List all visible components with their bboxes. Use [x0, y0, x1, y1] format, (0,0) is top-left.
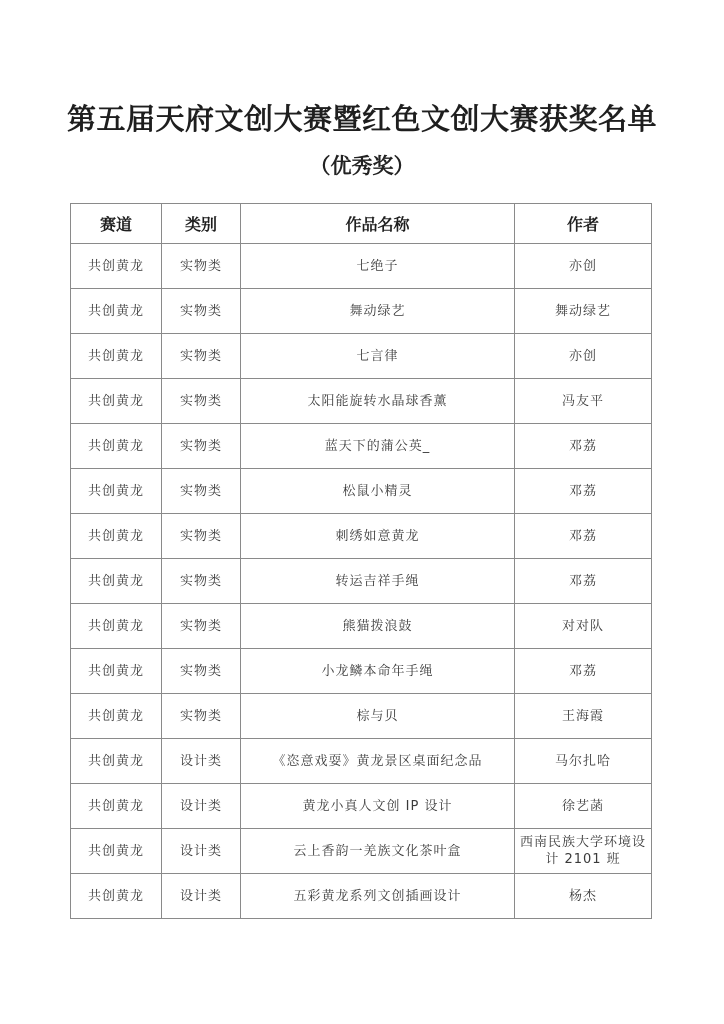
table-row: 共创黄龙 实物类 熊猫拨浪鼓 对对队 — [71, 604, 652, 649]
cell-author: 冯友平 — [515, 379, 652, 424]
page-title: 第五届天府文创大赛暨红色文创大赛获奖名单 — [0, 97, 724, 138]
cell-author: 马尔扎哈 — [515, 739, 652, 784]
cell-work-name: 松鼠小精灵 — [241, 469, 515, 514]
cell-author: 徐艺菡 — [515, 784, 652, 829]
table-row: 共创黄龙 设计类 五彩黄龙系列文创插画设计 杨杰 — [71, 874, 652, 919]
cell-category: 实物类 — [162, 469, 241, 514]
cell-category: 实物类 — [162, 424, 241, 469]
table-row: 共创黄龙 设计类 《恣意戏耍》黄龙景区桌面纪念品 马尔扎哈 — [71, 739, 652, 784]
cell-author: 邓荔 — [515, 559, 652, 604]
cell-author: 邓荔 — [515, 424, 652, 469]
cell-track: 共创黄龙 — [71, 739, 162, 784]
cell-work-name: 七言律 — [241, 334, 515, 379]
cell-category: 设计类 — [162, 784, 241, 829]
table-row: 共创黄龙 实物类 小龙鳞本命年手绳 邓荔 — [71, 649, 652, 694]
cell-author: 邓荔 — [515, 514, 652, 559]
cell-work-name: 刺绣如意黄龙 — [241, 514, 515, 559]
cell-category: 设计类 — [162, 874, 241, 919]
cell-work-name: 《恣意戏耍》黄龙景区桌面纪念品 — [241, 739, 515, 784]
cell-author: 亦创 — [515, 244, 652, 289]
cell-author: 杨杰 — [515, 874, 652, 919]
cell-category: 实物类 — [162, 694, 241, 739]
cell-category: 实物类 — [162, 334, 241, 379]
cell-work-name: 小龙鳞本命年手绳 — [241, 649, 515, 694]
cell-category: 设计类 — [162, 739, 241, 784]
cell-category: 实物类 — [162, 649, 241, 694]
cell-category: 实物类 — [162, 559, 241, 604]
table-row: 共创黄龙 实物类 刺绣如意黄龙 邓荔 — [71, 514, 652, 559]
table-row: 共创黄龙 实物类 太阳能旋转水晶球香薰 冯友平 — [71, 379, 652, 424]
cell-author: 邓荔 — [515, 649, 652, 694]
table-row: 共创黄龙 设计类 云上香韵一羌族文化茶叶盒 西南民族大学环境设计 2101 班 — [71, 829, 652, 874]
header-track: 赛道 — [71, 204, 162, 244]
table-row: 共创黄龙 实物类 七绝子 亦创 — [71, 244, 652, 289]
award-list-table: 赛道 类别 作品名称 作者 共创黄龙 实物类 七绝子 亦创 共创黄龙 实物类 舞… — [70, 203, 652, 919]
cell-category: 实物类 — [162, 379, 241, 424]
cell-work-name: 舞动绿艺 — [241, 289, 515, 334]
cell-work-name: 太阳能旋转水晶球香薰 — [241, 379, 515, 424]
cell-author: 亦创 — [515, 334, 652, 379]
table-row: 共创黄龙 实物类 转运吉祥手绳 邓荔 — [71, 559, 652, 604]
table-header-row: 赛道 类别 作品名称 作者 — [71, 204, 652, 244]
cell-track: 共创黄龙 — [71, 784, 162, 829]
table-row: 共创黄龙 实物类 棕与贝 王海霞 — [71, 694, 652, 739]
cell-category: 设计类 — [162, 829, 241, 874]
cell-author: 西南民族大学环境设计 2101 班 — [515, 829, 652, 874]
cell-track: 共创黄龙 — [71, 829, 162, 874]
cell-track: 共创黄龙 — [71, 334, 162, 379]
page-subtitle: （优秀奖） — [0, 150, 724, 180]
cell-work-name: 云上香韵一羌族文化茶叶盒 — [241, 829, 515, 874]
cell-author: 王海霞 — [515, 694, 652, 739]
cell-track: 共创黄龙 — [71, 874, 162, 919]
cell-work-name: 熊猫拨浪鼓 — [241, 604, 515, 649]
cell-work-name: 黄龙小真人文创 IP 设计 — [241, 784, 515, 829]
cell-work-name: 棕与贝 — [241, 694, 515, 739]
table-row: 共创黄龙 实物类 舞动绿艺 舞动绿艺 — [71, 289, 652, 334]
cell-author: 舞动绿艺 — [515, 289, 652, 334]
header-work-name: 作品名称 — [241, 204, 515, 244]
cell-track: 共创黄龙 — [71, 469, 162, 514]
cell-category: 实物类 — [162, 604, 241, 649]
cell-category: 实物类 — [162, 244, 241, 289]
header-category: 类别 — [162, 204, 241, 244]
cell-category: 实物类 — [162, 289, 241, 334]
cell-author: 邓荔 — [515, 469, 652, 514]
cell-track: 共创黄龙 — [71, 424, 162, 469]
table-row: 共创黄龙 设计类 黄龙小真人文创 IP 设计 徐艺菡 — [71, 784, 652, 829]
cell-work-name: 转运吉祥手绳 — [241, 559, 515, 604]
cell-track: 共创黄龙 — [71, 289, 162, 334]
table-row: 共创黄龙 实物类 蓝天下的蒲公英_ 邓荔 — [71, 424, 652, 469]
cell-track: 共创黄龙 — [71, 604, 162, 649]
cell-track: 共创黄龙 — [71, 514, 162, 559]
table-row: 共创黄龙 实物类 松鼠小精灵 邓荔 — [71, 469, 652, 514]
cell-work-name: 蓝天下的蒲公英_ — [241, 424, 515, 469]
cell-track: 共创黄龙 — [71, 649, 162, 694]
cell-track: 共创黄龙 — [71, 694, 162, 739]
cell-category: 实物类 — [162, 514, 241, 559]
cell-author: 对对队 — [515, 604, 652, 649]
cell-work-name: 五彩黄龙系列文创插画设计 — [241, 874, 515, 919]
cell-work-name: 七绝子 — [241, 244, 515, 289]
cell-track: 共创黄龙 — [71, 379, 162, 424]
cell-track: 共创黄龙 — [71, 244, 162, 289]
header-author: 作者 — [515, 204, 652, 244]
table-row: 共创黄龙 实物类 七言律 亦创 — [71, 334, 652, 379]
cell-track: 共创黄龙 — [71, 559, 162, 604]
